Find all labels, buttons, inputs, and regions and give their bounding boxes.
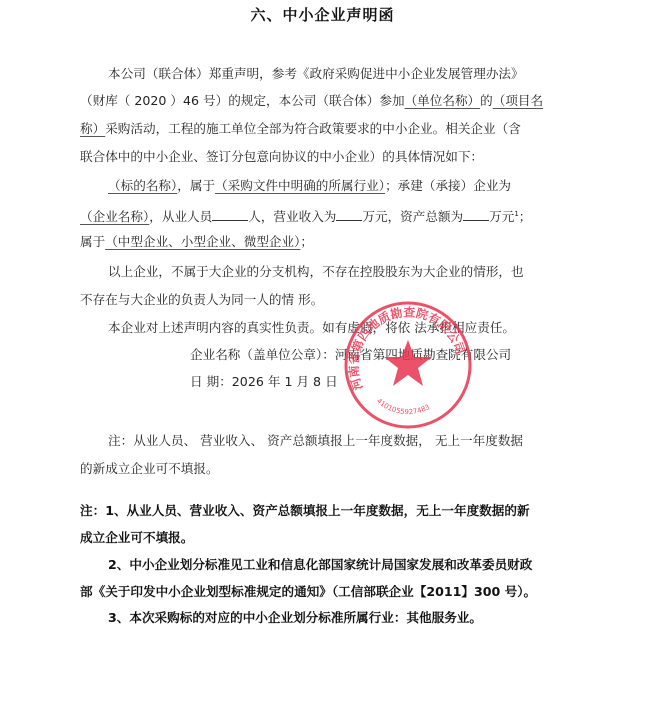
para1-line3: 称）采购活动，工程的施工单位全部为符合政策要求的中小企业。相关企业（含 — [80, 121, 521, 137]
assets-blank — [463, 208, 489, 221]
note-small-line2: 的新成立企业可不填报。 — [80, 461, 219, 477]
para1-line2-de: 的 — [480, 93, 493, 108]
item-line1: （标的名称），属于（采购文件中明确的所属行业）；承建（承接）企业为 — [108, 178, 511, 194]
note3: 3、本次采购标的对应的中小企业划分标准所属行业：其他服务业。 — [108, 610, 482, 626]
enterprise-size-field: （中型企业、小型企业、微型企业） — [105, 234, 300, 249]
assets-end: ； — [519, 209, 532, 224]
signature-company: 企业名称（盖单位公章）：河南省第四地质勘查院有限公司 — [190, 347, 511, 363]
svg-text:4101055927483: 4101055927483 — [375, 397, 431, 416]
project-name-field: （项目名 — [493, 93, 543, 108]
company-name-field: （企业名称） — [80, 209, 149, 224]
unit-name-field: （单位名称） — [405, 93, 481, 108]
subject-name-field: （标的名称） — [108, 178, 177, 193]
belongs-label: ，属于 — [177, 178, 215, 193]
company-name: 河南省第四地质勘查院有限公司 — [335, 347, 511, 362]
assets-unit: 万元 — [489, 209, 514, 224]
note-small-line1: 注：从业人员、 营业收入、 资产总额填报上一年度数据， 无上一年度数据 — [108, 433, 523, 449]
revenue-blank — [336, 208, 362, 221]
note2-line1: 2、中小企业划分标准见工业和信息化部国家统计局国家发展和改革委员财政 — [108, 557, 532, 573]
belongs-label-2: 属于 — [80, 234, 105, 249]
para1-line2-text: （财库（ 2020 ）46 号）的规定，本公司（联合体）参加 — [80, 93, 405, 108]
para1-line4: 联合体中的中小企业、签订分包意向协议的中小企业）的具体情况如下： — [80, 149, 483, 165]
contractor-label: ；承建（承接）企业为 — [385, 178, 511, 193]
para1-line1: 本公司（联合体）郑重声明，参考《政府采购促进中小企业发展管理办法》 — [108, 66, 524, 82]
staff-label: ，从业人员 — [149, 209, 212, 224]
para1-line3-text: 采购活动，工程的施工单位全部为符合政策要求的中小企业。相关企业（含 — [105, 121, 521, 136]
note2-line2: 部《关于印发中小企业划型标准规定的通知》（工信部联企业【2011】300 号）。 — [80, 584, 536, 600]
date-value: 2026 年 1 月 8 日 — [232, 374, 338, 389]
note1-line2: 成立企业可不填报。 — [80, 530, 193, 546]
size-end: ； — [300, 234, 313, 249]
date-label: 日 期： — [190, 374, 232, 389]
item-line3: 属于（中型企业、小型企业、微型企业）； — [80, 234, 313, 250]
staff-unit: 人，营业收入为 — [248, 209, 336, 224]
company-label: 企业名称（盖单位公章）： — [190, 347, 335, 362]
para2-line2: 不存在与大企业的负责人为同一人的情 形。 — [80, 292, 323, 308]
staff-blank — [212, 208, 248, 221]
revenue-unit: 万元，资产总额为 — [362, 209, 463, 224]
note1-line1: 注：1、从业人员、营业收入、资产总额填报上一年度数据，无上一年度数据的新 — [80, 503, 530, 519]
signature-date: 日 期：2026 年 1 月 8 日 — [190, 374, 338, 390]
item-line2: （企业名称），从业人员人，营业收入为万元，资产总额为万元1； — [80, 206, 531, 225]
project-name-field-cont: 称） — [80, 121, 105, 136]
para3: 本企业对上述声明内容的真实性负责。如有虚假，将依 法承担相应责任。 — [108, 320, 515, 336]
page-title: 六、中小企业声明函 — [0, 4, 645, 25]
industry-field: （采购文件中明确的所属行业） — [215, 178, 385, 193]
para2-line1: 以上企业，不属于大企业的分支机构，不存在控股股东为大企业的情形，也 — [108, 264, 524, 280]
para1-line2: （财库（ 2020 ）46 号）的规定，本公司（联合体）参加（单位名称）的（项目… — [80, 93, 543, 109]
